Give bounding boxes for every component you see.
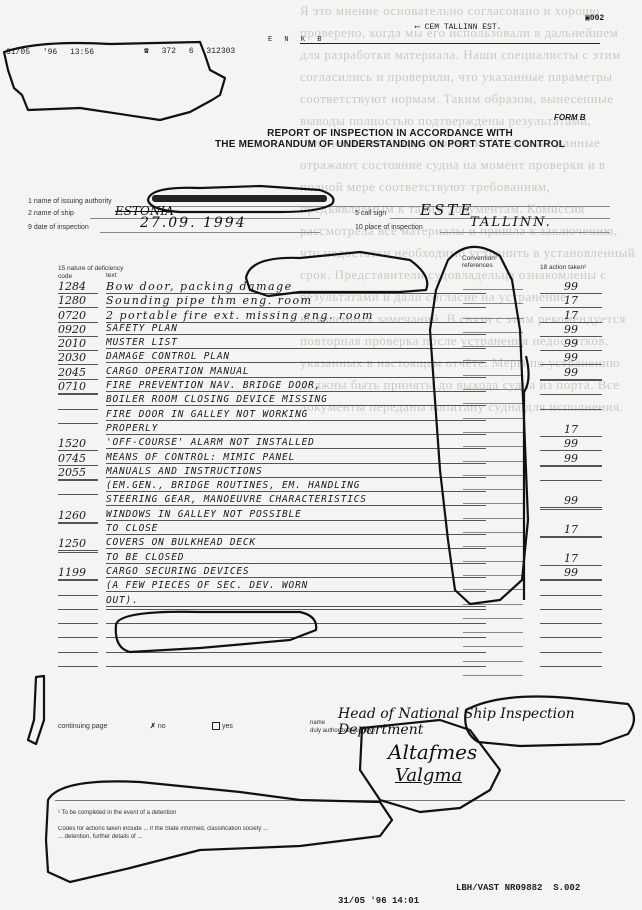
footnote-divider [55, 800, 625, 801]
deficiency-text: STEERING GEAR, MANOEUVRE CHARACTERISTICS [106, 494, 486, 506]
convention-reference [463, 661, 523, 662]
action-taken: 99 [540, 494, 602, 508]
convention-reference [463, 346, 523, 347]
deficiency-code: 1199 [58, 566, 98, 580]
action-taken [540, 380, 602, 381]
deficiency-code [58, 552, 98, 553]
convention-reference [463, 618, 523, 619]
table-row: STEERING GEAR, MANOEUVRE CHARACTERISTICS… [58, 494, 618, 508]
footnote-3: ... detention, further details of ... [58, 834, 142, 840]
deficiency-code [58, 409, 98, 410]
ship-name-label: 2 name of ship [28, 210, 74, 217]
signature-name: Valgma [395, 765, 462, 786]
table-row: 07202 portable fire ext. missing eng. ro… [58, 309, 618, 323]
deficiency-text: TO CLOSE [106, 523, 486, 535]
surveyor-name: Head of National Ship Inspection Departm… [338, 706, 638, 738]
table-row: TO CLOSE17 [58, 523, 618, 537]
deficiency-text: BOILER ROOM CLOSING DEVICE MISSING [106, 394, 486, 406]
deficiency-text [106, 666, 486, 667]
place-line [440, 232, 610, 233]
table-row [58, 623, 618, 637]
action-taken: 17 [540, 423, 602, 437]
deficiency-text: PROPERLY [106, 423, 486, 435]
table-row: FIRE DOOR IN GALLEY NOT WORKING [58, 409, 618, 423]
deficiency-code [58, 609, 98, 610]
table-row [58, 637, 618, 651]
convention-reference [463, 332, 523, 333]
table-row: 2045CARGO OPERATION MANUAL99 [58, 366, 618, 380]
action-taken: 99 [540, 323, 602, 337]
deficiency-header: 15 nature of deficiency [58, 265, 123, 272]
table-row: 1250COVERS ON BULKHEAD DECK [58, 537, 618, 551]
action-taken [540, 394, 602, 395]
deficiency-code: 1280 [58, 294, 98, 308]
deficiency-text: MUSTER LIST [106, 337, 486, 349]
deficiency-text: COVERS ON BULKHEAD DECK [106, 537, 486, 549]
fax-footer-timestamp: 31/05 '96 14:01 [338, 896, 419, 906]
code-header: code [58, 273, 72, 280]
deficiency-text: SAFETY PLAN [106, 323, 486, 335]
footnote-2: Codes for actions taken include ... if t… [58, 826, 498, 832]
deficiency-text: CARGO SECURING DEVICES [106, 566, 486, 578]
footnote-1: ¹ To be completed in the event of a dete… [58, 810, 176, 816]
deficiency-code: 0745 [58, 452, 98, 466]
convention-reference [463, 675, 523, 676]
redacted-authority [152, 195, 327, 202]
convention-reference [463, 561, 523, 562]
deficiency-code [58, 623, 98, 624]
convention-header: Convention¹ references [462, 255, 512, 269]
table-row: 0745MEANS OF CONTROL: MIMIC PANEL99 [58, 452, 618, 466]
deficiency-code: 2010 [58, 337, 98, 351]
divider [300, 43, 600, 44]
convention-reference [463, 646, 523, 647]
deficiency-text: (EM.GEN., BRIDGE ROUTINES, EM. HANDLING [106, 480, 486, 492]
action-taken: 17 [540, 552, 602, 566]
deficiency-code [58, 666, 98, 667]
deficiency-code: 2045 [58, 366, 98, 380]
place-value: TALLINN. [470, 215, 552, 230]
fax-arrow-icon: ⟵ [415, 23, 425, 32]
fax-sender: ⟵ CEM TALLINN EST. [415, 22, 501, 32]
deficiency-text: MANUALS AND INSTRUCTIONS [106, 466, 486, 478]
deficiency-text [106, 637, 486, 638]
action-taken: 99 [540, 437, 602, 451]
deficiency-text: DAMAGE CONTROL PLAN [106, 351, 486, 363]
action-taken [540, 637, 602, 638]
deficiency-code: 2055 [58, 466, 98, 480]
table-row: 0920SAFETY PLAN99 [58, 323, 618, 337]
deficiency-code: 0920 [58, 323, 98, 337]
date-line [100, 232, 320, 233]
table-row: 1520'OFF-COURSE' ALARM NOT INSTALLED99 [58, 437, 618, 451]
convention-reference [463, 289, 523, 290]
fax-timestamp: 31/05 '96 13:56 [6, 48, 94, 57]
action-taken [540, 509, 602, 510]
convention-reference [463, 589, 523, 590]
date-value: 27.09. 1994 [140, 215, 247, 231]
table-row: (A FEW PIECES OF SEC. DEV. WORN [58, 580, 618, 594]
convention-reference [463, 475, 523, 476]
deficiency-text: WINDOWS IN GALLEY NOT POSSIBLE [106, 509, 486, 521]
place-label: 10 place of inspection [355, 224, 423, 231]
deficiency-code [58, 652, 98, 653]
deficiency-text: (A FEW PIECES OF SEC. DEV. WORN [106, 580, 486, 592]
action-taken [540, 595, 602, 596]
action-taken [540, 666, 602, 667]
action-taken [540, 537, 602, 538]
action-taken [540, 480, 602, 481]
deficiency-code: 1284 [58, 280, 98, 294]
deficiency-text: 'OFF-COURSE' ALARM NOT INSTALLED [106, 437, 486, 449]
issuing-authority-line [130, 206, 610, 207]
table-row: 0710FIRE PREVENTION NAV. BRIDGE DOOR, [58, 380, 618, 394]
deficiency-text: MEANS OF CONTROL: MIMIC PANEL [106, 452, 486, 464]
text-header: text [106, 272, 116, 279]
table-row: 1260WINDOWS IN GALLEY NOT POSSIBLE [58, 509, 618, 523]
convention-reference [463, 489, 523, 490]
convention-reference [463, 360, 523, 361]
checkbox-yes-icon [212, 722, 220, 730]
convention-reference [463, 418, 523, 419]
table-row: OUT). [58, 595, 618, 609]
action-taken [540, 623, 602, 624]
convention-reference [463, 604, 523, 605]
call-sign-value: ESTE [420, 201, 474, 219]
action-taken: 17 [540, 523, 602, 537]
deficiency-text [106, 609, 486, 610]
convention-reference [463, 303, 523, 304]
convention-reference [463, 318, 523, 319]
deficiency-code [58, 637, 98, 638]
deficiency-text: Bow door, packing damage [106, 280, 486, 294]
deficiency-code: 1260 [58, 509, 98, 523]
table-row [58, 666, 618, 680]
name-label: name [310, 720, 325, 726]
table-row: (EM.GEN., BRIDGE ROUTINES, EM. HANDLING [58, 480, 618, 494]
deficiency-text [106, 652, 486, 653]
action-taken [540, 609, 602, 610]
action-taken: 99 [540, 280, 602, 294]
outline-left-bracket [28, 676, 44, 744]
action-taken: 99 [540, 366, 602, 380]
fax-header-left: 31/05 '96 13:56 ☎ 372 6 312303 [6, 48, 94, 57]
action-taken: 99 [540, 452, 602, 466]
deficiency-table: 1284Bow door, packing damage991280Soundi… [58, 280, 618, 680]
deficiency-text: Sounding pipe thm eng. room [106, 294, 486, 308]
fax-page-number: ▣002 [585, 13, 604, 23]
deficiency-code [58, 394, 98, 395]
deficiency-text: CARGO OPERATION MANUAL [106, 366, 486, 378]
deficiency-code: 1520 [58, 437, 98, 451]
table-row: 2030DAMAGE CONTROL PLAN99 [58, 351, 618, 365]
convention-reference [463, 518, 523, 519]
convention-reference [463, 546, 523, 547]
continuing-yes-option[interactable]: yes [212, 722, 233, 730]
table-row: 2010MUSTER LIST99 [58, 337, 618, 351]
convention-reference [463, 432, 523, 433]
continuing-no-option[interactable]: ✗ no [150, 722, 166, 730]
deficiency-text: FIRE DOOR IN GALLEY NOT WORKING [106, 409, 486, 421]
action-taken [540, 652, 602, 653]
deficiency-code [58, 423, 98, 424]
action-taken [540, 580, 602, 581]
continuing-page-label: continuing page [58, 723, 107, 730]
deficiency-text: 2 portable fire ext. missing eng. room [106, 309, 486, 323]
action-taken: 99 [540, 566, 602, 580]
convention-reference [463, 532, 523, 533]
table-row: TO BE CLOSED17 [58, 552, 618, 566]
table-row: 1199CARGO SECURING DEVICES99 [58, 566, 618, 580]
convention-reference [463, 403, 523, 404]
table-row: 1284Bow door, packing damage99 [58, 280, 618, 294]
signature: Altafmes [388, 740, 477, 764]
action-header: 18 action taken² [540, 264, 586, 271]
convention-reference [463, 503, 523, 504]
deficiency-code [58, 580, 98, 581]
issuing-authority-label: 1 name of issuing authority [28, 198, 112, 205]
convention-reference [463, 375, 523, 376]
action-taken: 99 [540, 351, 602, 365]
checkbox-no-checked-icon: ✗ [150, 723, 156, 730]
convention-reference [463, 632, 523, 633]
deficiency-code [58, 494, 98, 495]
form-label: FORM B [554, 113, 586, 122]
deficiency-code [58, 523, 98, 524]
convention-reference [463, 575, 523, 576]
deficiency-text: OUT). [106, 595, 486, 607]
deficiency-code [58, 595, 98, 596]
table-row [58, 609, 618, 623]
deficiency-code: 0710 [58, 380, 98, 394]
deficiency-code [58, 480, 98, 481]
deficiency-text: FIRE PREVENTION NAV. BRIDGE DOOR, [106, 380, 486, 392]
table-row: BOILER ROOM CLOSING DEVICE MISSING [58, 394, 618, 408]
fax-phone-number: ☎ 372 6 312303 [144, 46, 264, 56]
convention-reference [463, 389, 523, 390]
deficiency-code: 1250 [58, 537, 98, 551]
deficiency-code: 0720 [58, 309, 98, 323]
action-taken [540, 466, 602, 467]
table-row [58, 652, 618, 666]
fax-footer-ref: LBH/VAST NR09882 S.002 [456, 883, 580, 893]
action-taken [540, 409, 602, 410]
date-label: 9 date of inspection [28, 224, 89, 231]
page-title: REPORT OF INSPECTION IN ACCORDANCE WITH … [180, 128, 600, 150]
deficiency-text [106, 623, 486, 624]
action-taken: 17 [540, 309, 602, 323]
action-taken: 17 [540, 294, 602, 308]
call-sign-label: 5 call sign [355, 210, 386, 217]
deficiency-code: 2030 [58, 351, 98, 365]
convention-reference [463, 461, 523, 462]
deficiency-text: TO BE CLOSED [106, 552, 486, 564]
table-row: PROPERLY17 [58, 423, 618, 437]
action-taken: 99 [540, 337, 602, 351]
table-row: 1280Sounding pipe thm eng. room17 [58, 294, 618, 308]
convention-reference [463, 446, 523, 447]
table-row: 2055MANUALS AND INSTRUCTIONS [58, 466, 618, 480]
